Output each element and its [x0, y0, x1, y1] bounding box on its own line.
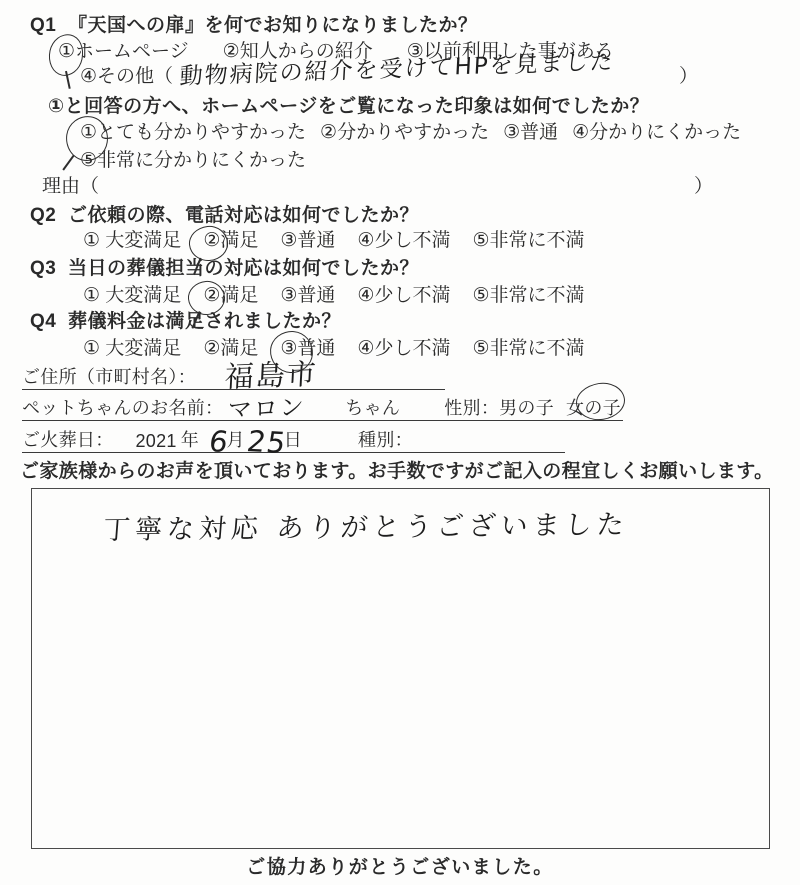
q4-number: Q4 — [30, 311, 68, 334]
gender-option-male: 男の子 — [499, 394, 554, 420]
q4-option-5: ⑤非常に不満 — [472, 338, 584, 361]
pet-name-label: ペットちゃんのお名前： — [22, 394, 223, 420]
pet-name-suffix: ちゃん — [345, 394, 400, 420]
reason-label: 理由（ — [42, 176, 99, 197]
q1-other-row: ④その他（ 動物病院の紹介を受けてHPを見ました ） — [80, 66, 698, 89]
q1-other-close-paren: ） — [679, 66, 698, 89]
q1-number: Q1 — [30, 15, 68, 38]
q1-sub-option-2: ②分かりやすかった — [320, 122, 489, 145]
q1-sub-option-1: ①とても分かりやすかった — [80, 122, 306, 145]
q4-option-1: ① 大変満足 — [83, 338, 181, 361]
cremation-date-field-row: ご火葬日： 2021 年 6 月 25 日 種別： — [22, 425, 565, 453]
q3-option-3: ③普通 — [280, 285, 335, 308]
q1-sub-option-4: ④分かりにくかった — [572, 122, 741, 145]
reason-close-paren: ） — [694, 176, 713, 197]
q3-option-1: ① 大変満足 — [83, 285, 181, 308]
q2-option-3: ③普通 — [280, 230, 335, 253]
q2-options-row: ① 大変満足 ②満足 ③普通 ④少し不満 ⑤非常に不満 — [83, 230, 585, 253]
address-field-row: ご住所（市町村名）： 福島市 — [22, 360, 445, 390]
q2-question-row: Q2ご依頼の際、電話対応は如何でしたか？ — [30, 205, 419, 228]
cremation-day-handwritten: 25 — [245, 427, 288, 458]
q1-option-other-label: ④その他（ — [80, 66, 173, 89]
q3-option-4: ④少し不満 — [357, 285, 450, 308]
q4-question: 葬儀料金は満足されましたか？ — [68, 311, 341, 332]
q2-option-1: ① 大変満足 — [83, 230, 181, 253]
closing-thanks-text: ご協力ありがとうございました。 — [0, 857, 800, 880]
q4-options-row: ① 大変満足 ②満足 ③普通 ④少し不満 ⑤非常に不満 — [83, 338, 585, 361]
q1-sub-question: ①と回答の方へ、ホームページをご覧になった印象は如何でしたか？ — [48, 96, 649, 119]
gender-label: 性別： — [444, 394, 499, 420]
q3-question: 当日の葬儀担当の対応は如何でしたか？ — [68, 258, 419, 279]
q1-sub-option-5: ⑤非常に分かりにくかった — [80, 150, 306, 173]
type-label: 種別： — [358, 426, 413, 452]
address-handwritten-value: 福島市 — [224, 360, 318, 392]
q3-options-row: ① 大変満足 ②満足 ③普通 ④少し不満 ⑤非常に不満 — [83, 285, 585, 308]
comment-handwritten-text: 丁寧な対応 ありがとうございました — [102, 511, 630, 544]
q1-question: 『天国への扉』を何でお知りになりましたか？ — [68, 15, 478, 36]
q1-question-row: Q1『天国への扉』を何でお知りになりましたか？ — [30, 15, 478, 38]
cremation-month-handwritten: 6 — [207, 427, 231, 457]
year-unit: 年 — [181, 426, 199, 452]
q2-number: Q2 — [30, 205, 68, 228]
address-label: ご住所（市町村名）： — [22, 363, 196, 389]
q2-option-2: ②満足 — [203, 230, 258, 253]
q2-question: ご依頼の際、電話対応は如何でしたか？ — [68, 205, 419, 226]
survey-form-scan: Q1『天国への扉』を何でお知りになりましたか？ ①ホームページ ②知人からの紹介… — [0, 0, 800, 885]
comment-box: 丁寧な対応 ありがとうございました — [31, 488, 770, 849]
gender-option-female: 女の子 — [566, 394, 621, 420]
q4-option-4: ④少し不満 — [357, 338, 450, 361]
q4-question-row: Q4葬儀料金は満足されましたか？ — [30, 311, 341, 334]
q3-number: Q3 — [30, 258, 68, 281]
pet-name-field-row: ペットちゃんのお名前： マロン ちゃん 性別： 男の子 女の子 — [22, 392, 623, 421]
q4-option-2: ②満足 — [203, 338, 258, 361]
q2-option-4: ④少し不満 — [357, 230, 450, 253]
q3-option-2: ②満足 — [203, 285, 258, 308]
cremation-year-value: 2021 — [136, 431, 177, 452]
cremation-date-label: ご火葬日： — [22, 426, 114, 452]
q1-option-homepage: ①ホームページ — [58, 41, 189, 64]
q3-question-row: Q3当日の葬儀担当の対応は如何でしたか？ — [30, 258, 419, 281]
reason-row: 理由（） — [42, 176, 713, 199]
q1-sub-options-row: ①とても分かりやすかった ②分かりやすかった ③普通 ④分かりにくかった — [80, 122, 741, 145]
q2-option-5: ⑤非常に不満 — [472, 230, 584, 253]
comment-notice-text: ご家族様からのお声を頂いております。お手数ですがご記入の程宜しくお願いします。 — [20, 461, 774, 484]
q1-sub-option-3: ③普通 — [503, 122, 558, 145]
q3-option-5: ⑤非常に不満 — [472, 285, 584, 308]
pet-name-handwritten-value: マロン — [227, 395, 306, 422]
